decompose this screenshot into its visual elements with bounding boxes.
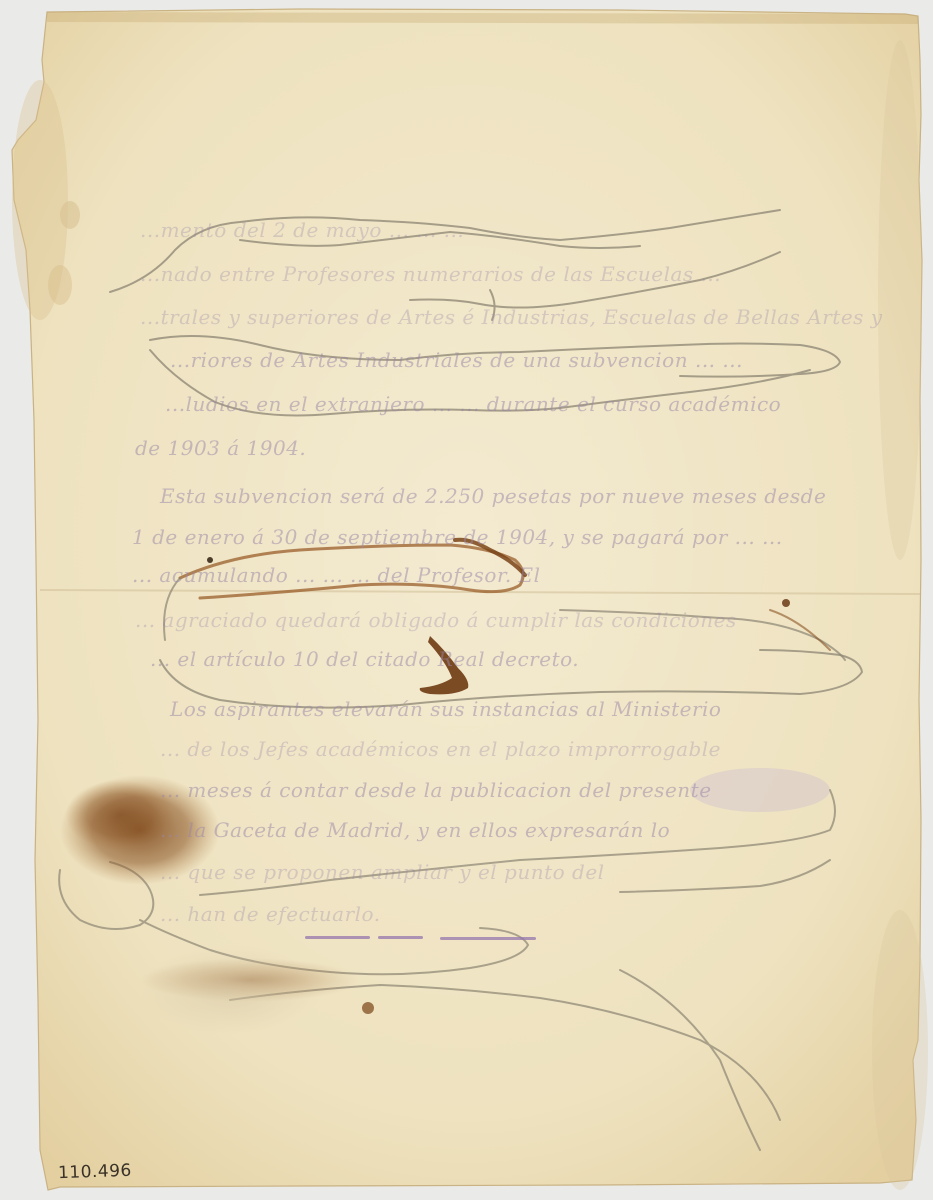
text-line-1: ...mento del 2 de mayo ... ... ... bbox=[140, 218, 464, 242]
text-line-4: ...riores de Artes Industriales de una s… bbox=[170, 348, 743, 372]
text-line-11: ... el artículo 10 del citado Real decre… bbox=[150, 647, 579, 671]
text-line-8: 1 de enero á 30 de septiembre de 1904, y… bbox=[132, 525, 783, 549]
text-line-5: ...ludios en el extranjero ... ... duran… bbox=[165, 392, 781, 416]
text-line-16: ... que se proponen ampliar y el punto d… bbox=[160, 860, 605, 884]
paper-illustration bbox=[0, 0, 933, 1200]
inventory-number: 110.496 bbox=[58, 1161, 132, 1184]
text-line-7: Esta subvencion será de 2.250 pesetas po… bbox=[160, 484, 826, 508]
text-line-12: Los aspirantes elevarán sus instancias a… bbox=[170, 697, 721, 721]
text-line-10: ... agraciado quedará obligado á cumplir… bbox=[135, 608, 737, 632]
closing-rule-segment-3 bbox=[440, 937, 536, 940]
text-line-2: ...nado entre Profesores numerarios de l… bbox=[140, 262, 721, 286]
text-line-3: ...trales y superiores de Artes é Indust… bbox=[140, 305, 883, 329]
text-line-9: ... acumulando ... ... ... del Profesor.… bbox=[132, 563, 541, 587]
text-line-14: ... meses á contar desde la publicacion … bbox=[160, 778, 712, 802]
text-line-13: ... de los Jefes académicos en el plazo … bbox=[160, 737, 721, 761]
text-line-17: ... han de efectuarlo. bbox=[160, 902, 381, 926]
text-line-15: ... la Gaceta de Madrid, y en ellos expr… bbox=[160, 818, 670, 842]
text-line-6: de 1903 á 1904. bbox=[135, 436, 306, 460]
document-scan: ...mento del 2 de mayo ... ... ... ...na… bbox=[0, 0, 933, 1200]
paper-sheet: ...mento del 2 de mayo ... ... ... ...na… bbox=[0, 0, 933, 1200]
closing-rule-segment-1 bbox=[305, 936, 370, 939]
closing-rule-segment-2 bbox=[378, 936, 423, 939]
